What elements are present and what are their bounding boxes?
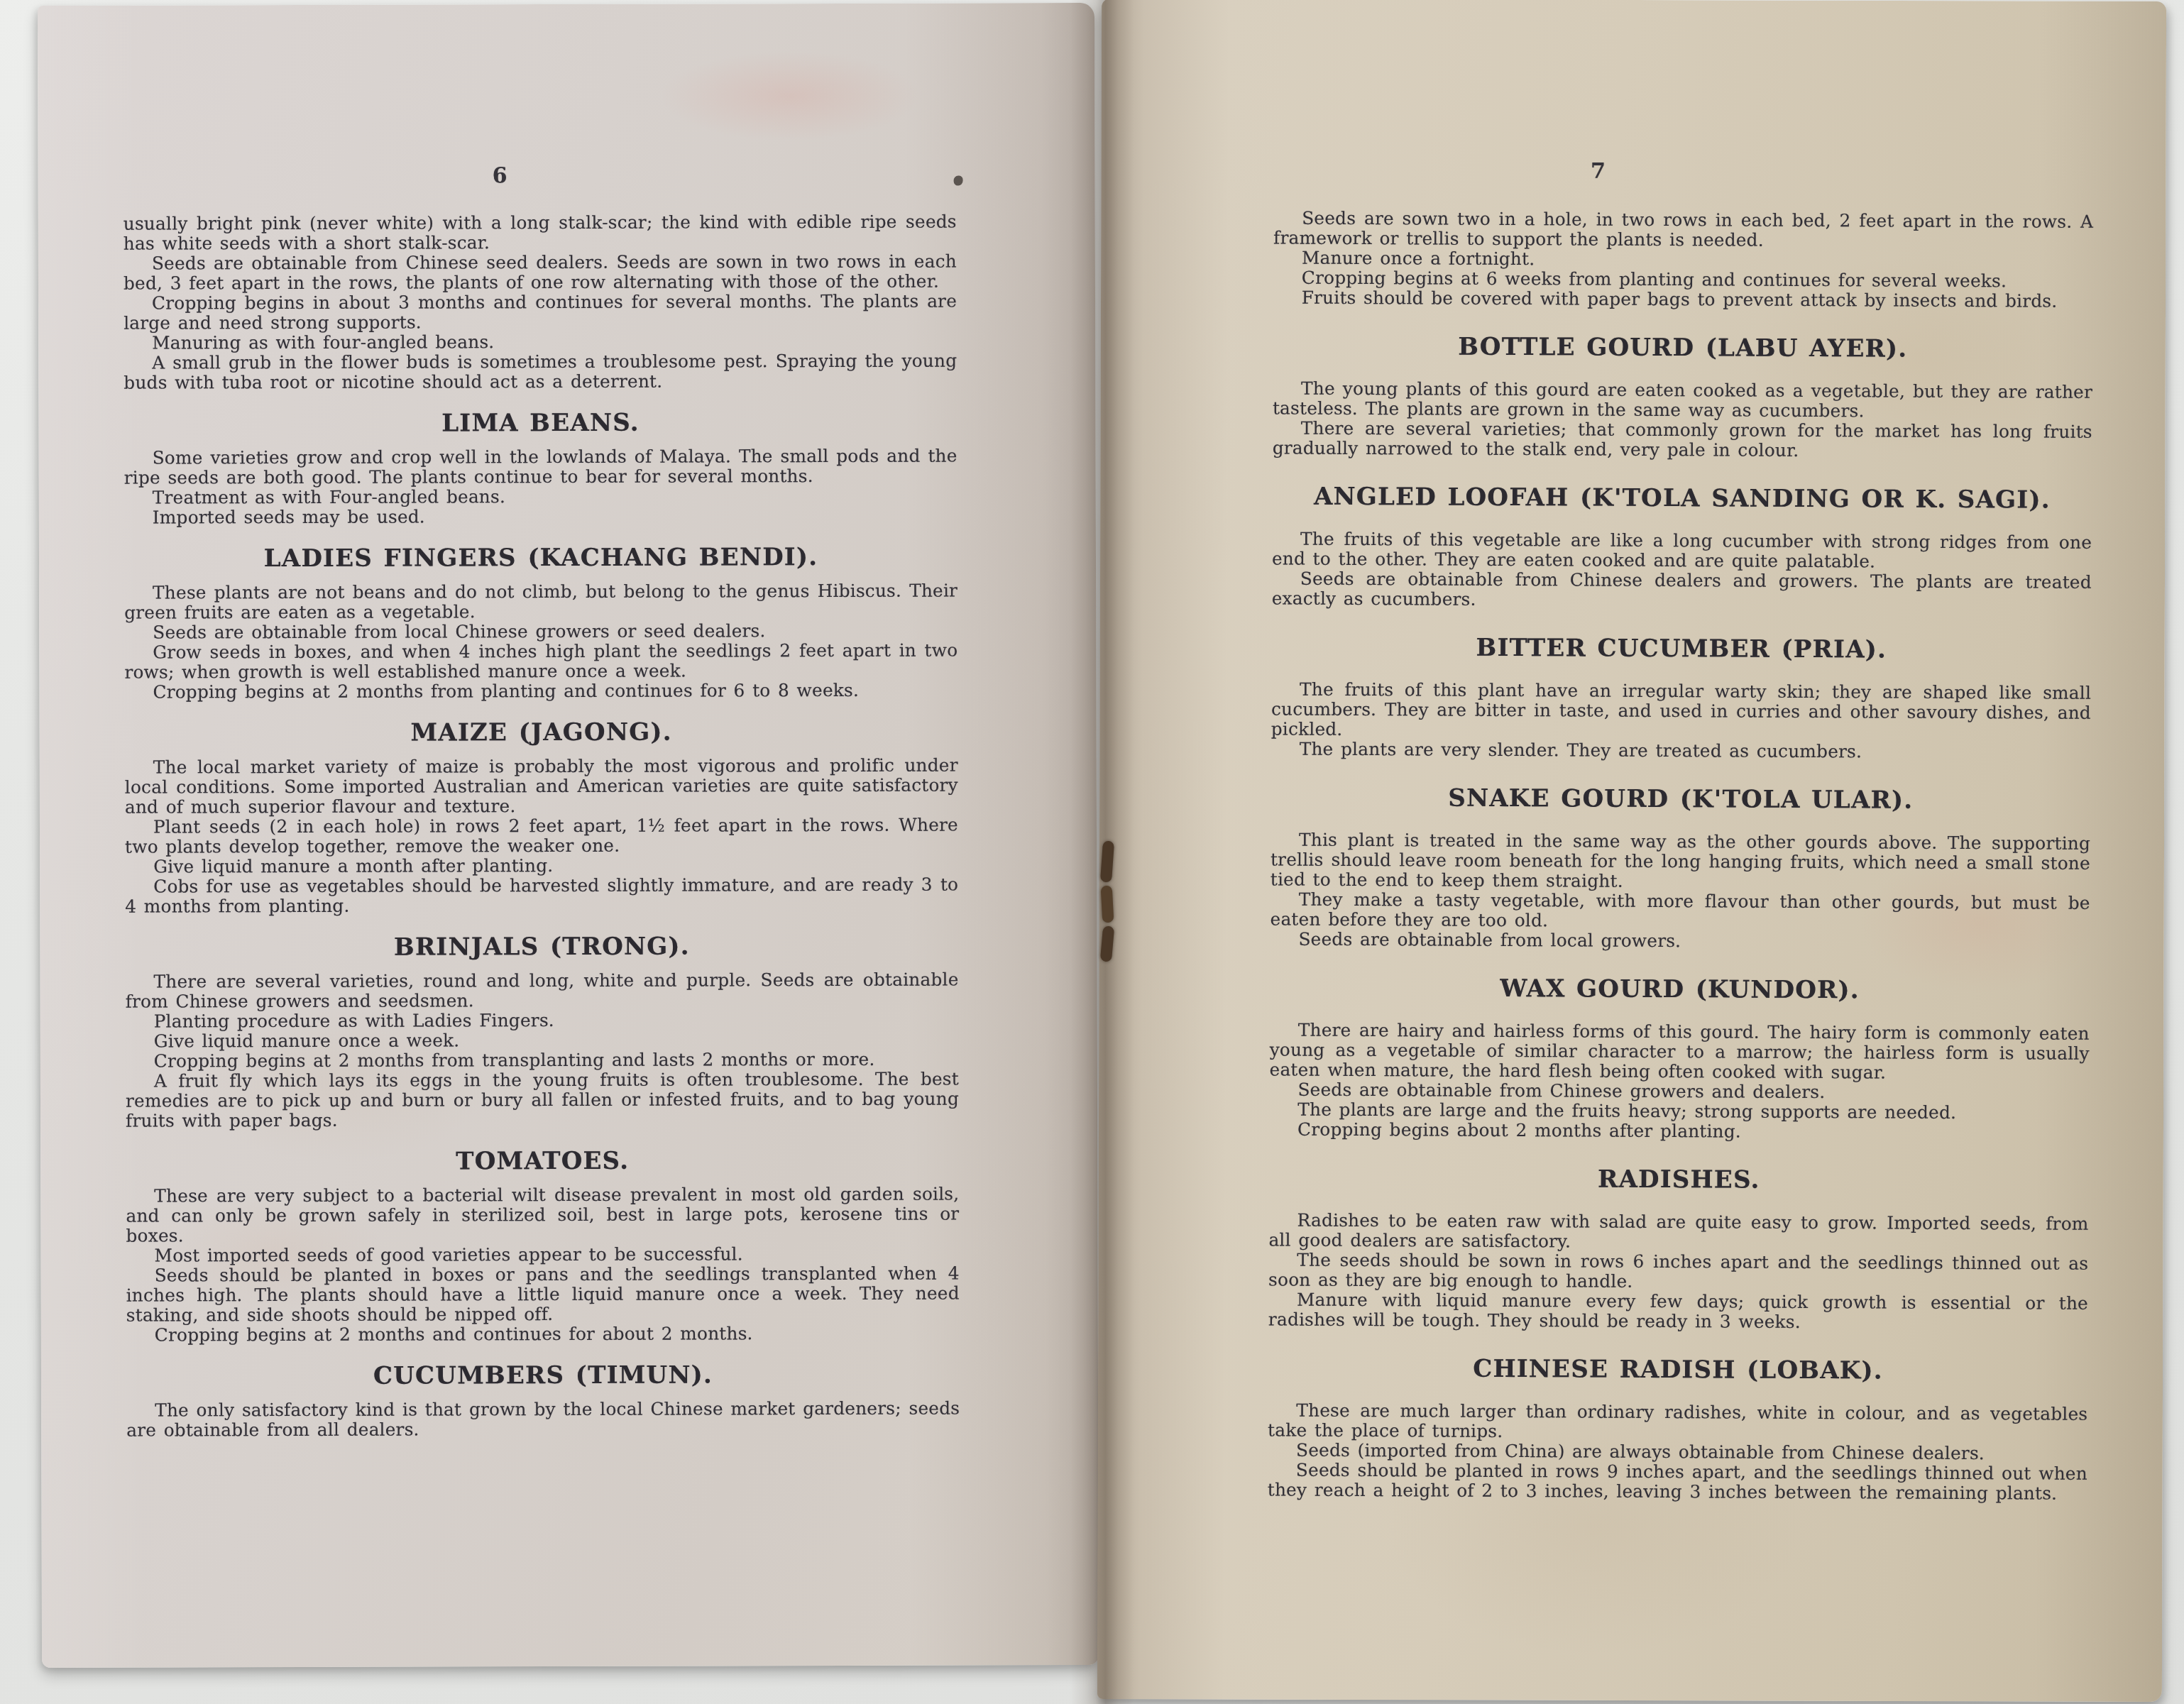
paragraph: A fruit fly which lays its eggs in the y…	[126, 1070, 959, 1131]
page-number: 6	[0, 162, 1028, 189]
paragraph: Most imported seeds of good varieties ap…	[126, 1244, 960, 1266]
paragraph: The seeds should be sown in rows 6 inche…	[1268, 1250, 2088, 1293]
paragraph: These plants are not beans and do not cl…	[124, 581, 957, 623]
section-heading: TOMATOES.	[126, 1148, 959, 1175]
paragraph: Give liquid manure a month after plantin…	[125, 855, 958, 877]
paragraph: There are several varieties, round and l…	[126, 970, 959, 1012]
section-heading: LIMA BEANS.	[124, 409, 957, 437]
section-heading: BOTTLE GOURD (LABU AYER).	[1273, 333, 2092, 362]
section-heading: MAIZE (JAGONG).	[125, 719, 958, 747]
open-booklet-scan: 6 usually bright pink (never white) with…	[0, 0, 2184, 1704]
paragraph: The local market variety of maize is pro…	[125, 756, 958, 818]
paragraph: The plants are very slender. They are tr…	[1271, 739, 2091, 762]
paragraph: The only satisfactory kind is that grown…	[126, 1399, 960, 1441]
paragraph: This plant is treated in the same way as…	[1271, 830, 2090, 893]
stitching-thread	[1101, 886, 1114, 923]
paragraph: Seeds should be planted in rows 9 inches…	[1268, 1460, 2087, 1503]
paragraph: These are very subject to a bacterial wi…	[126, 1184, 959, 1246]
page-right: 7 Seeds are sown two in a hole, in two r…	[1097, 0, 2166, 1702]
page-text-column: usually bright pink (never white) with a…	[124, 212, 960, 1441]
paragraph: Cropping begins at 2 months and continue…	[126, 1324, 960, 1346]
paragraph: Seeds are obtainable from Chinese dealer…	[1272, 568, 2092, 612]
paragraph: Fruits should be covered with paper bags…	[1273, 287, 2093, 311]
paragraph: Seeds are obtainable from Chinese seed d…	[124, 252, 957, 294]
paragraph: Manuring as with four-angled beans.	[124, 331, 957, 353]
paragraph: Planting procedure as with Ladies Finger…	[126, 1010, 959, 1032]
paragraph: Radishes to be eaten raw with salad are …	[1268, 1210, 2088, 1253]
paragraph: The fruits of this vegetable are like a …	[1272, 529, 2092, 572]
paragraph: These are much larger than ordinary radi…	[1268, 1400, 2087, 1444]
section-heading: WAX GOURD (KUNDOR).	[1270, 974, 2090, 1004]
paragraph: The fruits of this plant have an irregul…	[1271, 679, 2091, 742]
paragraph: There are hairy and hairless forms of th…	[1269, 1020, 2089, 1083]
section-heading: BRINJALS (TRONG).	[125, 933, 958, 961]
paragraph: Cropping begins at 2 months from transpl…	[126, 1050, 959, 1072]
section-heading: LADIES FINGERS (KACHANG BENDI).	[124, 544, 957, 572]
paragraph: Cobs for use as vegetables should be har…	[125, 875, 958, 917]
paragraph: Treatment as with Four-angled beans.	[124, 486, 957, 508]
section-heading: CHINESE RADISH (LOBAK).	[1268, 1355, 2087, 1384]
paragraph: A small grub in the flower buds is somet…	[124, 351, 957, 393]
paragraph: Give liquid manure once a week.	[126, 1030, 959, 1052]
paragraph: Seeds are obtainable from local growers.	[1270, 929, 2090, 952]
paragraph: Cropping begins about 2 months after pla…	[1269, 1119, 2089, 1143]
section-heading: RADISHES.	[1269, 1165, 2089, 1194]
paragraph: Cropping begins at 2 months from plantin…	[124, 681, 957, 703]
paragraph: Seeds are obtainable from local Chinese …	[124, 621, 957, 643]
section-heading: BITTER CUCUMBER (PRIA).	[1271, 634, 2091, 663]
paragraph: There are several varieties; that common…	[1273, 418, 2092, 461]
ink-speck	[954, 176, 963, 186]
paragraph: Manure with liquid manure every few days…	[1268, 1290, 2088, 1333]
paragraph: usually bright pink (never white) with a…	[124, 212, 957, 254]
paragraph: Imported seeds may be used.	[124, 506, 957, 528]
paragraph: Some varieties grow and crop well in the…	[124, 446, 957, 488]
section-heading: ANGLED LOOFAH (K'TOLA SANDING OR K. SAGI…	[1272, 483, 2092, 512]
page-left: 6 usually bright pink (never white) with…	[38, 3, 1099, 1668]
paragraph: They make a tasty vegetable, with more f…	[1270, 889, 2090, 933]
section-heading: CUCUMBERS (TIMUN).	[126, 1362, 960, 1390]
section-heading: SNAKE GOURD (K'TOLA ULAR).	[1271, 784, 2090, 813]
paragraph: The young plants of this gourd are eaten…	[1273, 378, 2092, 422]
paragraph: Seeds should be planted in boxes or pans…	[126, 1264, 960, 1326]
paragraph: Grow seeds in boxes, and when 4 inches h…	[124, 641, 957, 683]
paragraph: Cropping begins in about 3 months and co…	[124, 292, 957, 334]
page-number: 7	[1065, 158, 2130, 185]
page-text-column: Seeds are sown two in a hole, in two row…	[1268, 208, 2094, 1503]
paragraph: Seeds are sown two in a hole, in two row…	[1273, 208, 2093, 251]
paragraph: Plant seeds (2 in each hole) in rows 2 f…	[125, 815, 958, 857]
